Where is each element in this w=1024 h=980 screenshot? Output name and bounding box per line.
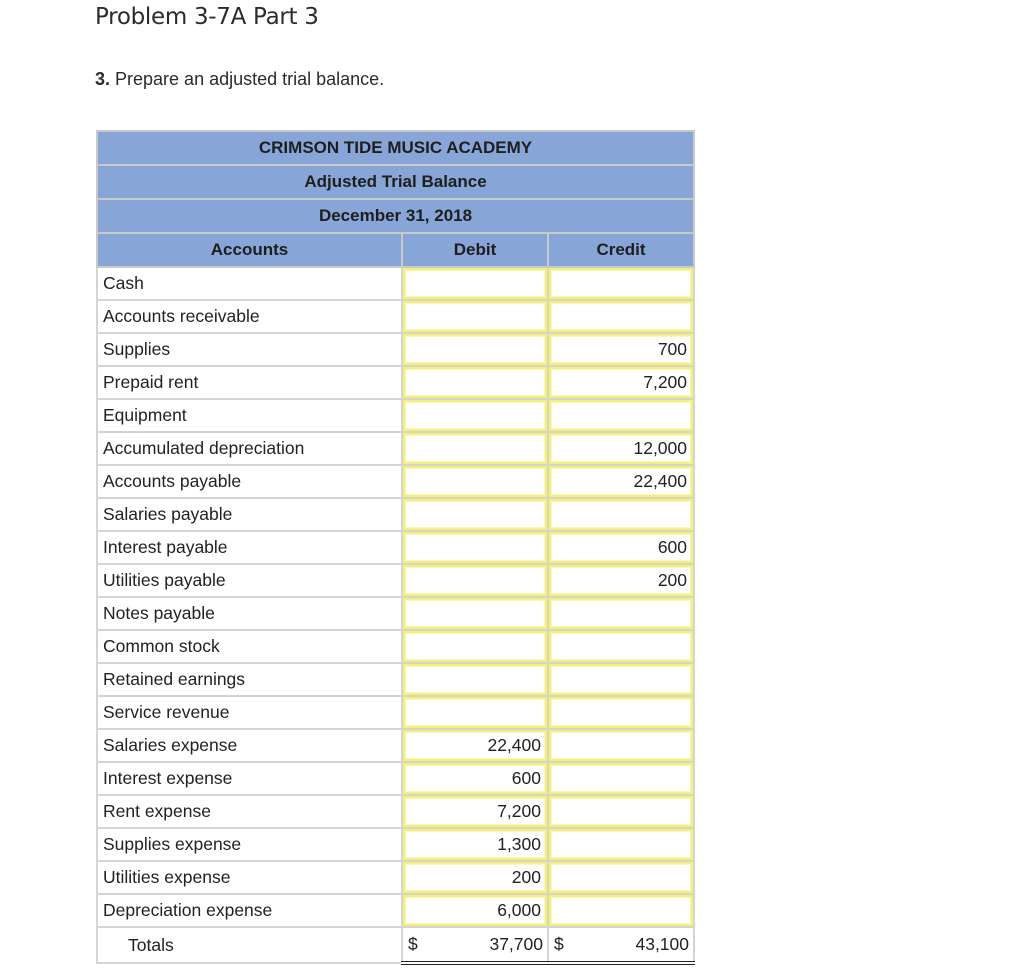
credit-cell: [548, 333, 694, 366]
totals-debit-currency: $: [408, 934, 418, 955]
debit-input[interactable]: [403, 400, 547, 431]
debit-cell: [402, 333, 548, 366]
debit-cell: [402, 432, 548, 465]
credit-input[interactable]: [549, 433, 693, 464]
credit-input[interactable]: [549, 763, 693, 794]
account-name: Utilities payable: [97, 564, 402, 597]
debit-cell: [402, 300, 548, 333]
table-row: Accumulated depreciation: [97, 432, 694, 465]
table-row: Supplies expense: [97, 828, 694, 861]
debit-cell: [402, 498, 548, 531]
credit-cell: [548, 564, 694, 597]
table-row: Rent expense: [97, 795, 694, 828]
debit-cell: [402, 696, 548, 729]
table-row: Cash: [97, 267, 694, 300]
credit-cell: [548, 267, 694, 300]
debit-input[interactable]: [403, 433, 547, 464]
credit-input[interactable]: [549, 598, 693, 629]
account-name: Interest payable: [97, 531, 402, 564]
debit-input[interactable]: [403, 763, 547, 794]
totals-credit-currency: $: [554, 934, 564, 955]
debit-input[interactable]: [403, 631, 547, 662]
credit-cell: [548, 366, 694, 399]
debit-cell: [402, 630, 548, 663]
totals-credit-value: 43,100: [635, 934, 689, 955]
table-row: Notes payable: [97, 597, 694, 630]
instruction: 3. Prepare an adjusted trial balance.: [95, 69, 384, 90]
account-name: Notes payable: [97, 597, 402, 630]
debit-cell: [402, 729, 548, 762]
table-row: Accounts payable: [97, 465, 694, 498]
credit-cell: [548, 696, 694, 729]
totals-debit-cell: $ 37,700: [402, 927, 548, 963]
account-name: Accounts payable: [97, 465, 402, 498]
credit-cell: [548, 663, 694, 696]
credit-input[interactable]: [549, 301, 693, 332]
credit-cell: [548, 597, 694, 630]
debit-input[interactable]: [403, 532, 547, 563]
column-header-debit: Debit: [402, 233, 548, 267]
debit-input[interactable]: [403, 367, 547, 398]
debit-input[interactable]: [403, 730, 547, 761]
column-header-row: Accounts Debit Credit: [97, 233, 694, 267]
credit-cell: [548, 630, 694, 663]
credit-input[interactable]: [549, 631, 693, 662]
header-date-row: December 31, 2018: [97, 199, 694, 233]
account-name: Accounts receivable: [97, 300, 402, 333]
account-name: Interest expense: [97, 762, 402, 795]
debit-input[interactable]: [403, 499, 547, 530]
account-name: Common stock: [97, 630, 402, 663]
table-row: Utilities expense: [97, 861, 694, 894]
debit-cell: [402, 564, 548, 597]
account-name: Equipment: [97, 399, 402, 432]
debit-input[interactable]: [403, 565, 547, 596]
debit-cell: [402, 861, 548, 894]
credit-cell: [548, 498, 694, 531]
table-row: Service revenue: [97, 696, 694, 729]
adjusted-trial-balance-table: CRIMSON TIDE MUSIC ACADEMY Adjusted Tria…: [96, 130, 695, 965]
debit-cell: [402, 762, 548, 795]
account-name: Cash: [97, 267, 402, 300]
debit-input[interactable]: [403, 466, 547, 497]
account-name: Supplies: [97, 333, 402, 366]
totals-row: Totals $ 37,700 $ 43,100: [97, 927, 694, 963]
credit-cell: [548, 762, 694, 795]
debit-input[interactable]: [403, 829, 547, 860]
credit-cell: [548, 795, 694, 828]
totals-credit-cell: $ 43,100: [548, 927, 694, 963]
table-row: Common stock: [97, 630, 694, 663]
credit-input[interactable]: [549, 532, 693, 563]
debit-input[interactable]: [403, 697, 547, 728]
debit-cell: [402, 366, 548, 399]
debit-cell: [402, 531, 548, 564]
totals-debit-value: 37,700: [489, 934, 543, 955]
debit-cell: [402, 795, 548, 828]
debit-cell: [402, 597, 548, 630]
account-name: Utilities expense: [97, 861, 402, 894]
table-row: Retained earnings: [97, 663, 694, 696]
debit-cell: [402, 399, 548, 432]
table-row: Salaries expense: [97, 729, 694, 762]
debit-input[interactable]: [403, 895, 547, 926]
credit-cell: [548, 399, 694, 432]
credit-input[interactable]: [549, 466, 693, 497]
table-row: Depreciation expense: [97, 894, 694, 927]
credit-cell: [548, 894, 694, 927]
debit-cell: [402, 465, 548, 498]
credit-cell: [548, 729, 694, 762]
account-name: Supplies expense: [97, 828, 402, 861]
credit-input[interactable]: [549, 565, 693, 596]
debit-input[interactable]: [403, 334, 547, 365]
account-name: Accumulated depreciation: [97, 432, 402, 465]
debit-cell: [402, 828, 548, 861]
statement-name: Adjusted Trial Balance: [97, 165, 694, 199]
credit-input[interactable]: [549, 499, 693, 530]
table-row: Supplies: [97, 333, 694, 366]
problem-title: Problem 3-7A Part 3: [95, 4, 319, 30]
debit-cell: [402, 663, 548, 696]
credit-cell: [548, 531, 694, 564]
column-header-credit: Credit: [548, 233, 694, 267]
header-company-row: CRIMSON TIDE MUSIC ACADEMY: [97, 131, 694, 165]
credit-input[interactable]: [549, 664, 693, 695]
company-name: CRIMSON TIDE MUSIC ACADEMY: [97, 131, 694, 165]
credit-cell: [548, 828, 694, 861]
account-name: Salaries expense: [97, 729, 402, 762]
debit-input[interactable]: [403, 664, 547, 695]
credit-input[interactable]: [549, 400, 693, 431]
totals-label: Totals: [97, 927, 402, 963]
debit-input[interactable]: [403, 796, 547, 827]
table-row: Accounts receivable: [97, 300, 694, 333]
debit-input[interactable]: [403, 301, 547, 332]
credit-input[interactable]: [549, 367, 693, 398]
table-row: Utilities payable: [97, 564, 694, 597]
credit-input[interactable]: [549, 796, 693, 827]
credit-input[interactable]: [549, 268, 693, 299]
instruction-number: 3.: [95, 69, 110, 89]
credit-input[interactable]: [549, 697, 693, 728]
debit-input[interactable]: [403, 862, 547, 893]
credit-input[interactable]: [549, 829, 693, 860]
credit-input[interactable]: [549, 334, 693, 365]
account-name: Service revenue: [97, 696, 402, 729]
debit-cell: [402, 894, 548, 927]
account-name: Salaries payable: [97, 498, 402, 531]
account-name: Prepaid rent: [97, 366, 402, 399]
debit-cell: [402, 267, 548, 300]
statement-date: December 31, 2018: [97, 199, 694, 233]
table-row: Equipment: [97, 399, 694, 432]
debit-input[interactable]: [403, 268, 547, 299]
credit-cell: [548, 465, 694, 498]
credit-cell: [548, 432, 694, 465]
debit-input[interactable]: [403, 598, 547, 629]
credit-cell: [548, 861, 694, 894]
account-name: Rent expense: [97, 795, 402, 828]
column-header-accounts: Accounts: [97, 233, 402, 267]
instruction-text: Prepare an adjusted trial balance.: [110, 69, 384, 89]
header-statement-row: Adjusted Trial Balance: [97, 165, 694, 199]
table-row: Prepaid rent: [97, 366, 694, 399]
account-name: Depreciation expense: [97, 894, 402, 927]
credit-input[interactable]: [549, 730, 693, 761]
credit-input[interactable]: [549, 895, 693, 926]
table-row: Interest expense: [97, 762, 694, 795]
table-row: Interest payable: [97, 531, 694, 564]
credit-input[interactable]: [549, 862, 693, 893]
table-row: Salaries payable: [97, 498, 694, 531]
account-name: Retained earnings: [97, 663, 402, 696]
credit-cell: [548, 300, 694, 333]
